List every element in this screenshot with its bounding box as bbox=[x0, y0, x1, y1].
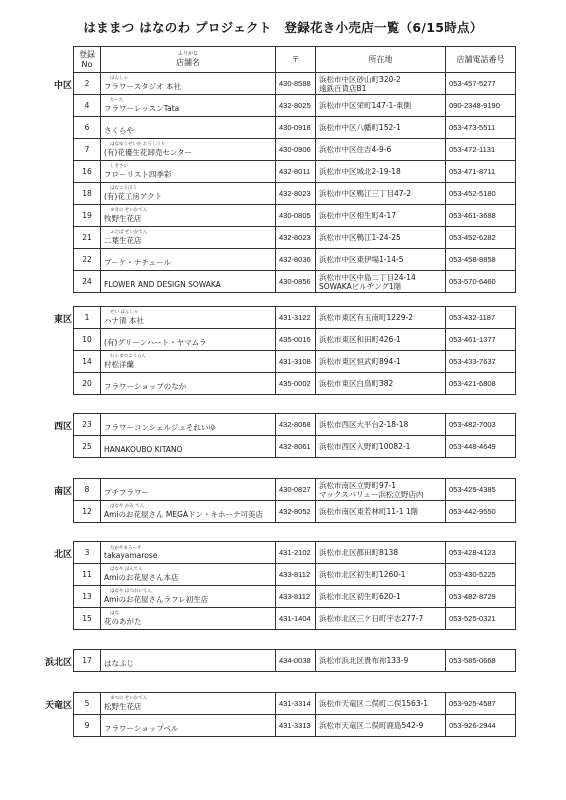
shop-address: 浜松市北区初生町620-1 bbox=[316, 586, 446, 608]
ward-label: 浜北区 bbox=[44, 655, 72, 668]
shop-zip: 435-0016 bbox=[276, 329, 316, 351]
shop-name-cell: はなゆうせいか おろしうり(有)花優生花卸売センター bbox=[101, 139, 276, 161]
shop-zip: 432-8036 bbox=[276, 249, 316, 271]
table-row: 22 ブーケ・ナチュール 432-8036 浜松市中区東伊場1-14-5 053… bbox=[74, 249, 516, 271]
shop-zip: 432-8011 bbox=[276, 161, 316, 183]
shop-address: 浜松市東区有玉南町1229-2 bbox=[316, 307, 446, 329]
shop-address: 浜松市東区白鳥町382 bbox=[316, 373, 446, 395]
shop-address: 浜松市中区鴨江1-24-25 bbox=[316, 227, 446, 249]
shop-name-cell: まきの せいかてん牧野生花店 bbox=[101, 205, 276, 227]
shop-phone: 053-458-8858 bbox=[446, 249, 516, 271]
table-row: 10 (有)グリーンハート・ヤマムラ 435-0016 浜松市東区和田町426-… bbox=[74, 329, 516, 351]
ward-label: 天竜区 bbox=[44, 698, 72, 711]
header-no: 登録No bbox=[74, 47, 101, 73]
shop-table-kita: 3 たかやまろーずtakayamarose 431-2102 浜松市北区都田町8… bbox=[73, 541, 516, 630]
shop-address: 浜松市中区栄町147-1-東側 bbox=[316, 95, 446, 117]
shop-name-cell: はな花のあがた bbox=[101, 608, 276, 630]
table-row: 4 たーたフラワーレッスンTata 432-8025 浜松市中区栄町147-1-… bbox=[74, 95, 516, 117]
table-row: 11 はなや ほんてんAmiのお花屋さん本店 433-8112 浜松市北区初生町… bbox=[74, 564, 516, 586]
shop-name-cell: (有)グリーンハート・ヤマムラ bbox=[101, 329, 276, 351]
ward-label: 西区 bbox=[44, 419, 72, 432]
shop-address: 浜松市西区大平台2-18-18 bbox=[316, 414, 446, 436]
shop-name-cell: ふたば せいかてん二葉生花店 bbox=[101, 227, 276, 249]
shop-zip: 430-0805 bbox=[276, 205, 316, 227]
shop-address: 浜松市天竜区二俣町鹿島542-9 bbox=[316, 715, 446, 737]
shop-phone: 053-925-4587 bbox=[446, 693, 516, 715]
table-row: 1 せい ほんしゃハナ清 本社 431-3122 浜松市東区有玉南町1229-2… bbox=[74, 307, 516, 329]
table-row: 17 はなふじ 434-0038 浜松市浜北区貴布祢133-9 053-585-… bbox=[74, 650, 516, 672]
shop-zip: 431-2102 bbox=[276, 542, 316, 564]
document-title: はままつ はなのわ プロジェクト 登録花き小売店一覧（6/15時点） bbox=[0, 18, 566, 36]
shop-phone: 053-452-6282 bbox=[446, 227, 516, 249]
shop-no: 20 bbox=[74, 373, 101, 395]
shop-name-cell: たかやまろーずtakayamarose bbox=[101, 542, 276, 564]
shop-name-cell: むらまつようらん村松洋蘭 bbox=[101, 351, 276, 373]
table-row: 24 FLOWER AND DESIGN SOWAKA 430-0856 浜松市… bbox=[74, 271, 516, 293]
shop-zip: 431-3122 bbox=[276, 307, 316, 329]
table-row: 15 はな花のあがた 431-1404 浜松市北区三ケ日町宇志277-7 053… bbox=[74, 608, 516, 630]
shop-zip: 435-0002 bbox=[276, 373, 316, 395]
shop-name-cell: しきさいフローリスト四季彩 bbox=[101, 161, 276, 183]
shop-phone: 053-585-0668 bbox=[446, 650, 516, 672]
shop-no: 19 bbox=[74, 205, 101, 227]
shop-phone: 053-473-5511 bbox=[446, 117, 516, 139]
shop-phone: 053-926-2944 bbox=[446, 715, 516, 737]
shop-phone: 053-425-4385 bbox=[446, 479, 516, 501]
table-row: 5 まつの せいかてん松野生花店 431-3314 浜松市天竜区二俣町二俣156… bbox=[74, 693, 516, 715]
shop-zip: 430-0906 bbox=[276, 139, 316, 161]
table-row: 3 たかやまろーずtakayamarose 431-2102 浜松市北区都田町8… bbox=[74, 542, 516, 564]
table-row: 8 プチフラワー 430-0827 浜松市南区立野町97-1マックスバリュー浜松… bbox=[74, 479, 516, 501]
shop-address: 浜松市南区東若林町11-1 1階 bbox=[316, 501, 446, 523]
shop-address: 浜松市中区東伊場1-14-5 bbox=[316, 249, 446, 271]
shop-zip: 433-8112 bbox=[276, 586, 316, 608]
shop-table-naka-body: 2 ほんしゃフラワースタジオ 本社 430-8588 浜松市中区砂山町320-2… bbox=[73, 72, 516, 293]
table-row: 13 はなや はつおいてんAmiのお花屋さんラフレ初生店 433-8112 浜松… bbox=[74, 586, 516, 608]
shop-phone: 053-432-1187 bbox=[446, 307, 516, 329]
shop-no: 10 bbox=[74, 329, 101, 351]
shop-zip: 432-8061 bbox=[276, 436, 316, 458]
header-phone: 店舗電話番号 bbox=[446, 47, 516, 73]
shop-phone: 053-461-1377 bbox=[446, 329, 516, 351]
shop-zip: 432-8052 bbox=[276, 501, 316, 523]
shop-address: 浜松市中区八幡町152-1 bbox=[316, 117, 446, 139]
shop-address: 浜松市東区和田町426-1 bbox=[316, 329, 446, 351]
shop-name-cell: ブーケ・ナチュール bbox=[101, 249, 276, 271]
shop-name-cell: フラワーショップベル bbox=[101, 715, 276, 737]
shop-no: 14 bbox=[74, 351, 101, 373]
shop-phone: 053-457-5277 bbox=[446, 73, 516, 95]
table-row: 2 ほんしゃフラワースタジオ 本社 430-8588 浜松市中区砂山町320-2… bbox=[74, 73, 516, 95]
shop-no: 12 bbox=[74, 501, 101, 523]
shop-no: 6 bbox=[74, 117, 101, 139]
shop-address: 浜松市中区城北2-19-18 bbox=[316, 161, 446, 183]
shop-phone: 053-471-8711 bbox=[446, 161, 516, 183]
shop-name-cell: さくらや bbox=[101, 117, 276, 139]
shop-zip: 430-0856 bbox=[276, 271, 316, 293]
shop-no: 15 bbox=[74, 608, 101, 630]
shop-no: 1 bbox=[74, 307, 101, 329]
shop-phone: 053-430-5225 bbox=[446, 564, 516, 586]
shop-no: 3 bbox=[74, 542, 101, 564]
shop-no: 24 bbox=[74, 271, 101, 293]
shop-phone: 053-448-4649 bbox=[446, 436, 516, 458]
shop-phone: 053-421-6808 bbox=[446, 373, 516, 395]
shop-phone: 053-428-4123 bbox=[446, 542, 516, 564]
shop-name-cell: まつの せいかてん松野生花店 bbox=[101, 693, 276, 715]
shop-name-cell: ほんしゃフラワースタジオ 本社 bbox=[101, 73, 276, 95]
shop-name-cell: せい ほんしゃハナ清 本社 bbox=[101, 307, 276, 329]
shop-phone: 053-472-1131 bbox=[446, 139, 516, 161]
ward-label: 東区 bbox=[44, 312, 72, 325]
shop-no: 17 bbox=[74, 650, 101, 672]
shop-zip: 434-0038 bbox=[276, 650, 316, 672]
shop-no: 21 bbox=[74, 227, 101, 249]
shop-table-minami: 8 プチフラワー 430-0827 浜松市南区立野町97-1マックスバリュー浜松… bbox=[73, 478, 516, 523]
shop-table-hamakita: 17 はなふじ 434-0038 浜松市浜北区貴布祢133-9 053-585-… bbox=[73, 649, 516, 672]
shop-zip: 432-8023 bbox=[276, 227, 316, 249]
shop-address: 浜松市中区相生町4-17 bbox=[316, 205, 446, 227]
shop-table-higashi: 1 せい ほんしゃハナ清 本社 431-3122 浜松市東区有玉南町1229-2… bbox=[73, 306, 516, 395]
shop-no: 16 bbox=[74, 161, 101, 183]
shop-no: 4 bbox=[74, 95, 101, 117]
shop-phone: 053-570-6460 bbox=[446, 271, 516, 293]
table-header-row: 登録No ふりがな店舗名 〒 所在地 店舗電話番号 bbox=[74, 47, 516, 73]
shop-zip: 432-8025 bbox=[276, 95, 316, 117]
table-row: 12 はなや かみ てんAmiのお花屋さん MEGAドン・キホーテ可美店 432… bbox=[74, 501, 516, 523]
shop-address: 浜松市中区鴨江三丁目47-2 bbox=[316, 183, 446, 205]
header-address: 所在地 bbox=[316, 47, 446, 73]
shop-table-nishi: 23 フラワーコンシェルジュそれいゆ 432-8068 浜松市西区大平台2-18… bbox=[73, 413, 516, 458]
shop-address: 浜松市中区砂山町320-2遠鉄百貨店B1 bbox=[316, 73, 446, 95]
shop-no: 13 bbox=[74, 586, 101, 608]
shop-address: 浜松市南区立野町97-1マックスバリュー浜松立野店内 bbox=[316, 479, 446, 501]
shop-no: 22 bbox=[74, 249, 101, 271]
shop-zip: 431-3314 bbox=[276, 693, 316, 715]
shop-table-naka: 登録No ふりがな店舗名 〒 所在地 店舗電話番号 bbox=[73, 46, 516, 73]
table-row: 14 むらまつようらん村松洋蘭 431-3108 浜松市東区恒武町894-1 0… bbox=[74, 351, 516, 373]
shop-no: 25 bbox=[74, 436, 101, 458]
shop-no: 8 bbox=[74, 479, 101, 501]
shop-name-cell: はなや ほんてんAmiのお花屋さん本店 bbox=[101, 564, 276, 586]
table-row: 9 フラワーショップベル 431-3313 浜松市天竜区二俣町鹿島542-9 0… bbox=[74, 715, 516, 737]
shop-zip: 430-8588 bbox=[276, 73, 316, 95]
shop-phone: 053-482-7003 bbox=[446, 414, 516, 436]
shop-name-cell: たーたフラワーレッスンTata bbox=[101, 95, 276, 117]
shop-address: 浜松市浜北区貴布祢133-9 bbox=[316, 650, 446, 672]
shop-no: 23 bbox=[74, 414, 101, 436]
shop-name-cell: プチフラワー bbox=[101, 479, 276, 501]
shop-address: 浜松市天竜区二俣町二俣1563-1 bbox=[316, 693, 446, 715]
shop-name-cell: はなふじ bbox=[101, 650, 276, 672]
shop-zip: 432-8068 bbox=[276, 414, 316, 436]
shop-phone: 053-525-0321 bbox=[446, 608, 516, 630]
shop-name-cell: HANAKOUBO KITANO bbox=[101, 436, 276, 458]
shop-address: 浜松市北区初生町1260-1 bbox=[316, 564, 446, 586]
shop-address: 浜松市北区都田町8138 bbox=[316, 542, 446, 564]
shop-no: 9 bbox=[74, 715, 101, 737]
shop-phone: 053-461-3688 bbox=[446, 205, 516, 227]
table-row: 18 はなこうぼう(有)花工房アクト 432-8023 浜松市中区鴨江三丁目47… bbox=[74, 183, 516, 205]
shop-no: 11 bbox=[74, 564, 101, 586]
shop-address: 浜松市中区住吉4-9-6 bbox=[316, 139, 446, 161]
shop-zip: 432-8023 bbox=[276, 183, 316, 205]
table-row: 7 はなゆうせいか おろしうり(有)花優生花卸売センター 430-0906 浜松… bbox=[74, 139, 516, 161]
shop-no: 18 bbox=[74, 183, 101, 205]
shop-phone: 053-452-5180 bbox=[446, 183, 516, 205]
table-row: 20 フラワーショップのなか 435-0002 浜松市東区白鳥町382 053-… bbox=[74, 373, 516, 395]
shop-name-cell: はなや はつおいてんAmiのお花屋さんラフレ初生店 bbox=[101, 586, 276, 608]
shop-no: 5 bbox=[74, 693, 101, 715]
shop-name-cell: はなや かみ てんAmiのお花屋さん MEGAドン・キホーテ可美店 bbox=[101, 501, 276, 523]
shop-zip: 430-0827 bbox=[276, 479, 316, 501]
header-zip: 〒 bbox=[276, 47, 316, 73]
shop-phone: 053-482-8729 bbox=[446, 586, 516, 608]
shop-name-cell: FLOWER AND DESIGN SOWAKA bbox=[101, 271, 276, 293]
table-row: 16 しきさいフローリスト四季彩 432-8011 浜松市中区城北2-19-18… bbox=[74, 161, 516, 183]
shop-table-tenryu: 5 まつの せいかてん松野生花店 431-3314 浜松市天竜区二俣町二俣156… bbox=[73, 692, 516, 737]
shop-zip: 431-3313 bbox=[276, 715, 316, 737]
shop-address: 浜松市北区三ケ日町宇志277-7 bbox=[316, 608, 446, 630]
shop-name-cell: フラワーショップのなか bbox=[101, 373, 276, 395]
shop-address: 浜松市中区中島二丁目24-14SOWAKAビルヂング1階 bbox=[316, 271, 446, 293]
table-row: 25 HANAKOUBO KITANO 432-8061 浜松市西区入野町100… bbox=[74, 436, 516, 458]
table-row: 19 まきの せいかてん牧野生花店 430-0805 浜松市中区相生町4-17 … bbox=[74, 205, 516, 227]
shop-phone: 053-433-7637 bbox=[446, 351, 516, 373]
shop-zip: 431-1404 bbox=[276, 608, 316, 630]
shop-name-cell: フラワーコンシェルジュそれいゆ bbox=[101, 414, 276, 436]
ward-label: 北区 bbox=[44, 547, 72, 560]
header-name: ふりがな店舗名 bbox=[101, 47, 276, 73]
shop-phone: 053-442-9550 bbox=[446, 501, 516, 523]
shop-zip: 431-3108 bbox=[276, 351, 316, 373]
shop-address: 浜松市西区入野町10082-1 bbox=[316, 436, 446, 458]
shop-zip: 430-0918 bbox=[276, 117, 316, 139]
ward-label: 南区 bbox=[44, 484, 72, 497]
table-row: 21 ふたば せいかてん二葉生花店 432-8023 浜松市中区鴨江1-24-2… bbox=[74, 227, 516, 249]
shop-address: 浜松市東区恒武町894-1 bbox=[316, 351, 446, 373]
table-row: 6 さくらや 430-0918 浜松市中区八幡町152-1 053-473-55… bbox=[74, 117, 516, 139]
shop-no: 2 bbox=[74, 73, 101, 95]
shop-phone: 090-2348-9190 bbox=[446, 95, 516, 117]
shop-no: 7 bbox=[74, 139, 101, 161]
shop-zip: 433-8112 bbox=[276, 564, 316, 586]
ward-label: 中区 bbox=[44, 78, 72, 91]
shop-name-cell: はなこうぼう(有)花工房アクト bbox=[101, 183, 276, 205]
table-row: 23 フラワーコンシェルジュそれいゆ 432-8068 浜松市西区大平台2-18… bbox=[74, 414, 516, 436]
